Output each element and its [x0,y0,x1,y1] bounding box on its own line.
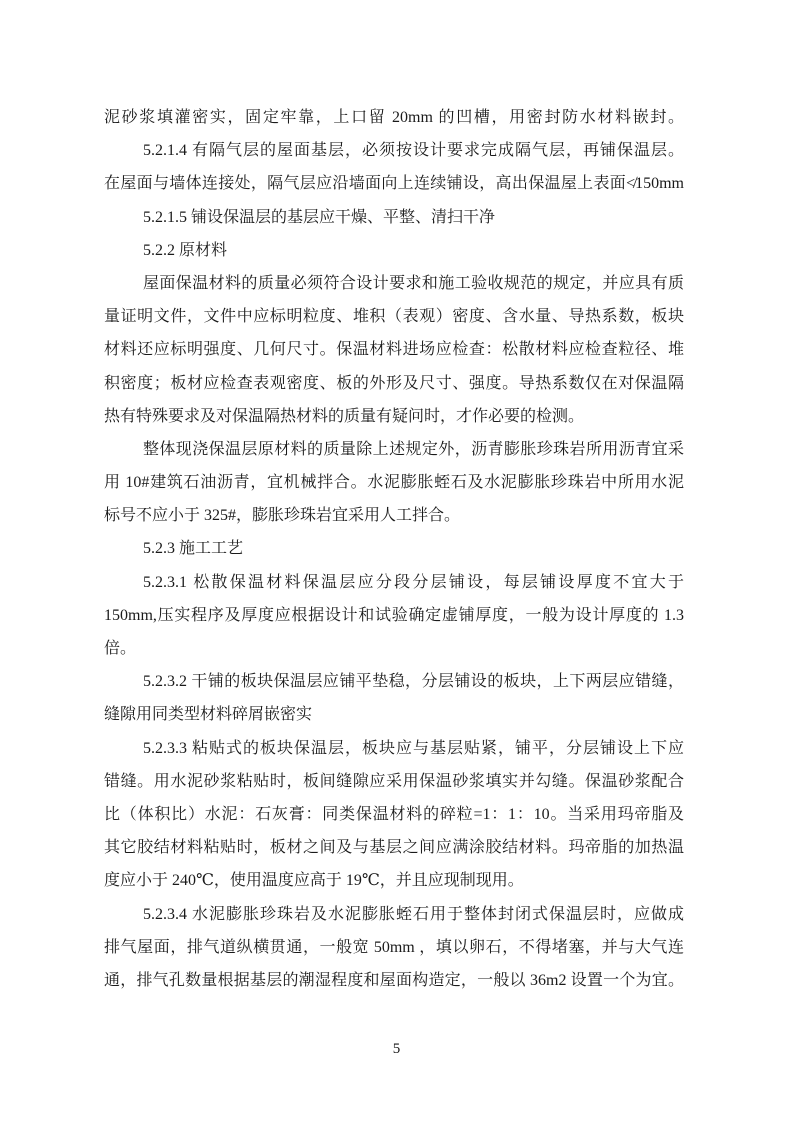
paragraph: 5.2.1.4 有隔气层的屋面基层，必须按设计要求完成隔气层，再铺保温层。在屋面… [104,134,684,200]
text-line: 5.2.3.4 水泥膨胀珍珠岩及水泥膨胀蛭石用于整体封闭式保温层时，应做成 [104,898,684,931]
text-line: 5.2.2 原材料 [104,234,684,267]
paragraph: 5.2.3.3 粘贴式的板块保温层，板块应与基层贴紧，铺平，分层铺设上下应错缝。… [104,732,684,898]
text-line: 5.2.3 施工工艺 [104,532,684,565]
text-line: 在屋面与墙体连接处，隔气层应沿墙面向上连续铺设，高出保温屋上表面≮150mm [104,167,684,200]
page-footer: 5 [0,1038,793,1060]
paragraph: 整体现浇保温层原材料的质量除上述规定外，沥青膨胀珍珠岩所用沥青宜采用 10#建筑… [104,433,684,533]
text-line: 通，排气孔数量根据基层的潮湿程度和屋面构造定，一般以 36m2 设置一个为宜。 [104,964,684,997]
document-body: 泥砂浆填灌密实，固定牢靠，上口留 20mm 的凹槽，用密封防水材料嵌封。5.2.… [104,101,684,997]
text-line: 标号不应小于 325#，膨胀珍珠岩宜采用人工拌合。 [104,499,684,532]
text-line: 5.2.1.4 有隔气层的屋面基层，必须按设计要求完成隔气层，再铺保温层。 [104,134,684,167]
text-line: 热有特殊要求及对保温隔热材料的质量有疑问时，才作必要的检测。 [104,400,684,433]
text-line: 度应小于 240℃，使用温度应高于 19℃，并且应现制现用。 [104,864,684,897]
text-line: 倍。 [104,632,684,665]
document-page: 泥砂浆填灌密实，固定牢靠，上口留 20mm 的凹槽，用密封防水材料嵌封。5.2.… [0,0,793,1122]
paragraph: 泥砂浆填灌密实，固定牢靠，上口留 20mm 的凹槽，用密封防水材料嵌封。 [104,101,684,134]
text-line: 150mm,压实程序及厚度应根据设计和试验确定虚铺厚度，一般为设计厚度的 1.3 [104,599,684,632]
paragraph: 5.2.2 原材料 [104,234,684,267]
text-line: 整体现浇保温层原材料的质量除上述规定外，沥青膨胀珍珠岩所用沥青宜采 [104,433,684,466]
text-line: 量证明文件，文件中应标明粒度、堆积（表观）密度、含水量、导热系数，板块 [104,300,684,333]
text-line: 屋面保温材料的质量必须符合设计要求和施工验收规范的规定，并应具有质 [104,267,684,300]
text-line: 比（体积比）水泥：石灰膏：同类保温材料的碎粒=1：1：10。当采用玛帝脂及 [104,798,684,831]
text-line: 5.2.3.3 粘贴式的板块保温层，板块应与基层贴紧，铺平，分层铺设上下应 [104,732,684,765]
text-line: 用 10#建筑石油沥青，宜机械拌合。水泥膨胀蛭石及水泥膨胀珍珠岩中所用水泥 [104,466,684,499]
paragraph: 5.2.3.2 干铺的板块保温层应铺平垫稳，分层铺设的板块，上下两层应错缝，缝隙… [104,665,684,731]
text-line: 材料还应标明强度、几何尺寸。保温材料进场应检查：松散材料应检查粒径、堆 [104,333,684,366]
text-line: 其它胶结材料粘贴时，板材之间及与基层之间应满涂胶结材料。玛帝脂的加热温 [104,831,684,864]
paragraph: 5.2.3.1 松散保温材料保温层应分段分层铺设，每层铺设厚度不宜大于150mm… [104,566,684,666]
text-line: 积密度；板材应检查表观密度、板的外形及尺寸、强度。导热系数仅在对保温隔 [104,367,684,400]
text-line: 5.2.3.2 干铺的板块保温层应铺平垫稳，分层铺设的板块，上下两层应错缝， [104,665,684,698]
page-number: 5 [393,1041,401,1057]
text-line: 排气屋面，排气道纵横贯通，一般宽 50mm ，填以卵石，不得堵塞，并与大气连 [104,931,684,964]
paragraph: 5.2.3.4 水泥膨胀珍珠岩及水泥膨胀蛭石用于整体封闭式保温层时，应做成排气屋… [104,898,684,998]
text-line: 错缝。用水泥砂浆粘贴时，板间缝隙应采用保温砂浆填实并勾缝。保温砂浆配合 [104,765,684,798]
paragraph: 屋面保温材料的质量必须符合设计要求和施工验收规范的规定，并应具有质量证明文件，文… [104,267,684,433]
text-line: 5.2.1.5 铺设保温层的基层应干燥、平整、清扫干净 [104,201,684,234]
text-line: 5.2.3.1 松散保温材料保温层应分段分层铺设，每层铺设厚度不宜大于 [104,566,684,599]
text-line: 泥砂浆填灌密实，固定牢靠，上口留 20mm 的凹槽，用密封防水材料嵌封。 [104,101,684,134]
paragraph: 5.2.3 施工工艺 [104,532,684,565]
paragraph: 5.2.1.5 铺设保温层的基层应干燥、平整、清扫干净 [104,201,684,234]
text-line: 缝隙用同类型材料碎屑嵌密实 [104,698,684,731]
